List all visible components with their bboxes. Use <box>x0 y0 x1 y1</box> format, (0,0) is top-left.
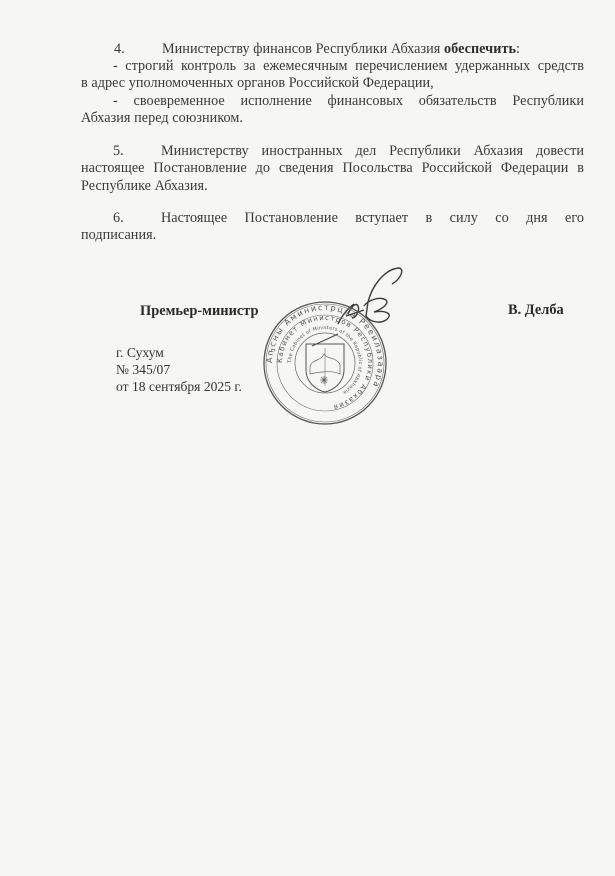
item-5-text: Министерству иностранных дел Республики … <box>161 143 584 159</box>
item-5-line-3: Республике Абхазия. <box>81 178 555 195</box>
signatory-name: В. Делба <box>508 302 564 319</box>
item-5-line-2: настоящее Постановление до сведения Посо… <box>81 160 584 177</box>
document-number: № 345/07 <box>116 361 170 378</box>
item-4-bullet-1-line-2: в адрес уполномоченных органов Российско… <box>81 75 555 92</box>
signatory-position: Премьер-министр <box>140 303 259 320</box>
item-4-text: Министерству финансов Республики Абхазия <box>162 41 444 57</box>
item-6-line-1: 6.Настоящее Постановление вступает в сил… <box>113 210 584 227</box>
item-4-bold-verb: обеспечить <box>444 41 516 57</box>
item-5-line-1: 5.Министерству иностранных дел Республик… <box>113 143 584 160</box>
official-seal-icon: Аҧсны Аминистрцәа Рееилазаара Кабинет Ми… <box>262 300 388 426</box>
document-date: от 18 сентября 2025 г. <box>116 378 242 395</box>
item-4-bullet-1-line-1: - строгий контроль за ежемесячным перечи… <box>113 58 584 75</box>
item-4-number: 4. <box>114 41 162 58</box>
item-6-line-2: подписания. <box>81 227 555 244</box>
item-4-bullet-2-line-2: Абхазия перед союзником. <box>81 110 555 127</box>
document-city: г. Сухум <box>116 344 164 361</box>
item-4-heading: 4.Министерству финансов Республики Абхаз… <box>114 41 588 58</box>
item-6-text: Настоящее Постановление вступает в силу … <box>161 210 584 226</box>
item-4-bullet-2-line-1: - своевременное исполнение финансовых об… <box>113 93 584 110</box>
document-page: 4.Министерству финансов Республики Абхаз… <box>0 0 615 876</box>
item-6-number: 6. <box>113 210 161 227</box>
item-5-number: 5. <box>113 143 161 160</box>
